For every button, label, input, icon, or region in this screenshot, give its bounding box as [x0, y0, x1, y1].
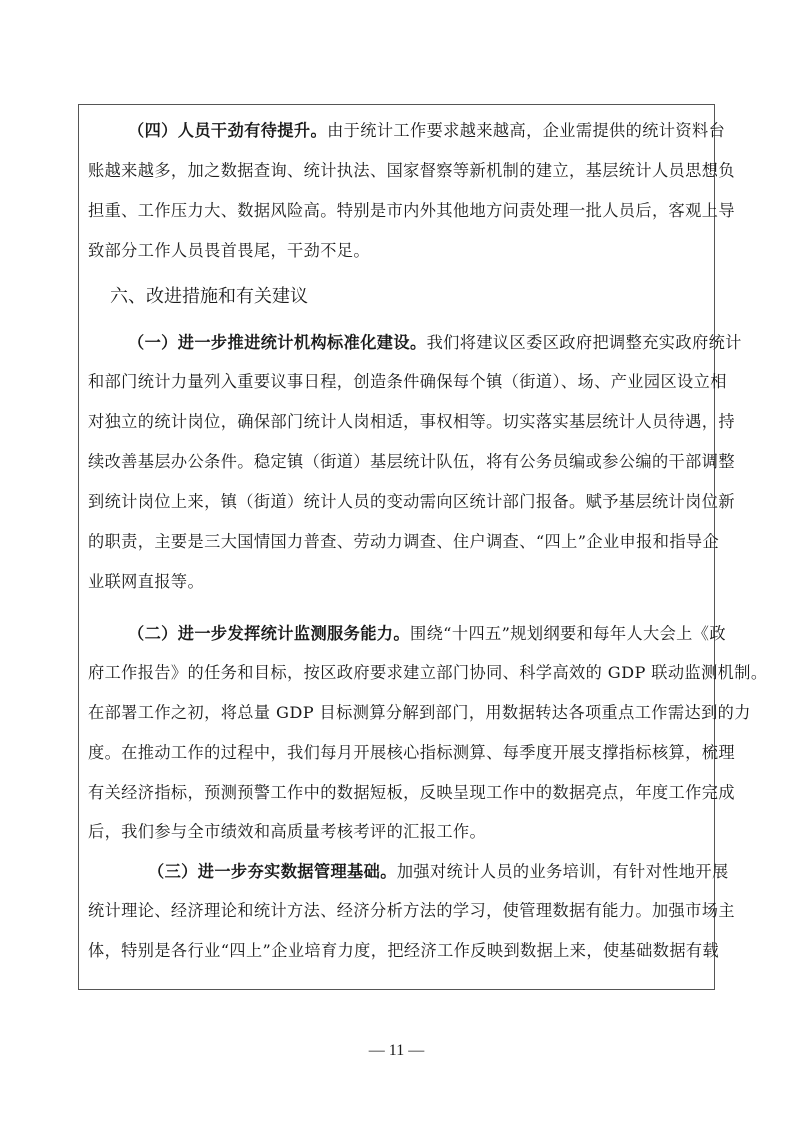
item1-text: 我们将建议区委区政府把调整充实政府统计	[427, 333, 742, 352]
item2-title: （二）进一步发挥统计监测服务能力。	[128, 624, 410, 643]
item3-text: 加强对统计人员的业务培训，有针对性地开展	[397, 862, 729, 881]
page-number: — 11 —	[0, 1042, 793, 1060]
item2-text: 围绕“十四五”规划纲要和每年人大会上《政	[410, 624, 726, 643]
paragraph-line: 担重、工作压力大、数据风险高。特别是市内外其他地方问责处理一批人员后，客观上导	[88, 200, 708, 222]
paragraph-line: 账越来越多，加之数据查询、统计执法、国家督察等新机制的建立，基层统计人员思想负	[88, 160, 708, 182]
paragraph-line: 和部门统计力量列入重要议事日程，创造条件确保每个镇（街道）、场、产业园区设立相	[88, 371, 708, 393]
paragraph-line: 对独立的统计岗位，确保部门统计人岗相适，事权相等。切实落实基层统计人员待遇，持	[88, 411, 708, 433]
paragraph-line: 体，特别是各行业“四上”企业培育力度，把经济工作反映到数据上来，使基础数据有载	[88, 940, 708, 962]
paragraph-line: 到统计岗位上来，镇（街道）统计人员的变动需向区统计部门报备。赋予基层统计岗位新	[88, 491, 708, 513]
item2-first-line: （二）进一步发挥统计监测服务能力。围绕“十四五”规划纲要和每年人大会上《政	[128, 623, 708, 645]
item1-first-line: （一）进一步推进统计机构标准化建设。我们将建议区委区政府把调整充实政府统计	[128, 332, 708, 354]
paragraph-line: 的职责，主要是三大国情国力普查、劳动力调查、住户调查、“四上”企业申报和指导企	[88, 531, 708, 553]
paragraph-line: 续改善基层办公条件。稳定镇（街道）基层统计队伍，将有公务员编或参公编的干部调整	[88, 451, 708, 473]
paragraph-line: 度。在推动工作的过程中，我们每月开展核心指标测算、每季度开展支撑指标核算，梳理	[88, 742, 708, 764]
paragraph-line: 府工作报告》的任务和目标，按区政府要求建立部门协同、科学高效的 GDP 联动监测…	[88, 662, 708, 684]
section-heading: 六、改进措施和有关建议	[110, 285, 308, 309]
section4-title: （四）人员干劲有待提升。	[128, 121, 327, 140]
paragraph-line: 后，我们参与全市绩效和高质量考核考评的汇报工作。	[88, 821, 708, 843]
section4-text: 由于统计工作要求越来越高，企业需提供的统计资料台	[327, 121, 725, 140]
item1-title: （一）进一步推进统计机构标准化建设。	[128, 333, 427, 352]
item3-first-line: （三）进一步夯实数据管理基础。加强对统计人员的业务培训，有针对性地开展	[148, 861, 708, 883]
section4-first-line: （四）人员干劲有待提升。由于统计工作要求越来越高，企业需提供的统计资料台	[128, 120, 708, 142]
paragraph-line: 有关经济指标，预测预警工作中的数据短板，反映呈现工作中的数据亮点，年度工作完成	[88, 782, 708, 804]
paragraph-line: 统计理论、经济理论和统计方法、经济分析方法的学习，使管理数据有能力。加强市场主	[88, 900, 708, 922]
paragraph-line: 在部署工作之初，将总量 GDP 目标测算分解到部门，用数据转达各项重点工作需达到…	[88, 702, 708, 724]
paragraph-line: 业联网直报等。	[88, 571, 708, 593]
item3-title: （三）进一步夯实数据管理基础。	[148, 862, 397, 881]
paragraph-line: 致部分工作人员畏首畏尾，干劲不足。	[88, 240, 708, 262]
